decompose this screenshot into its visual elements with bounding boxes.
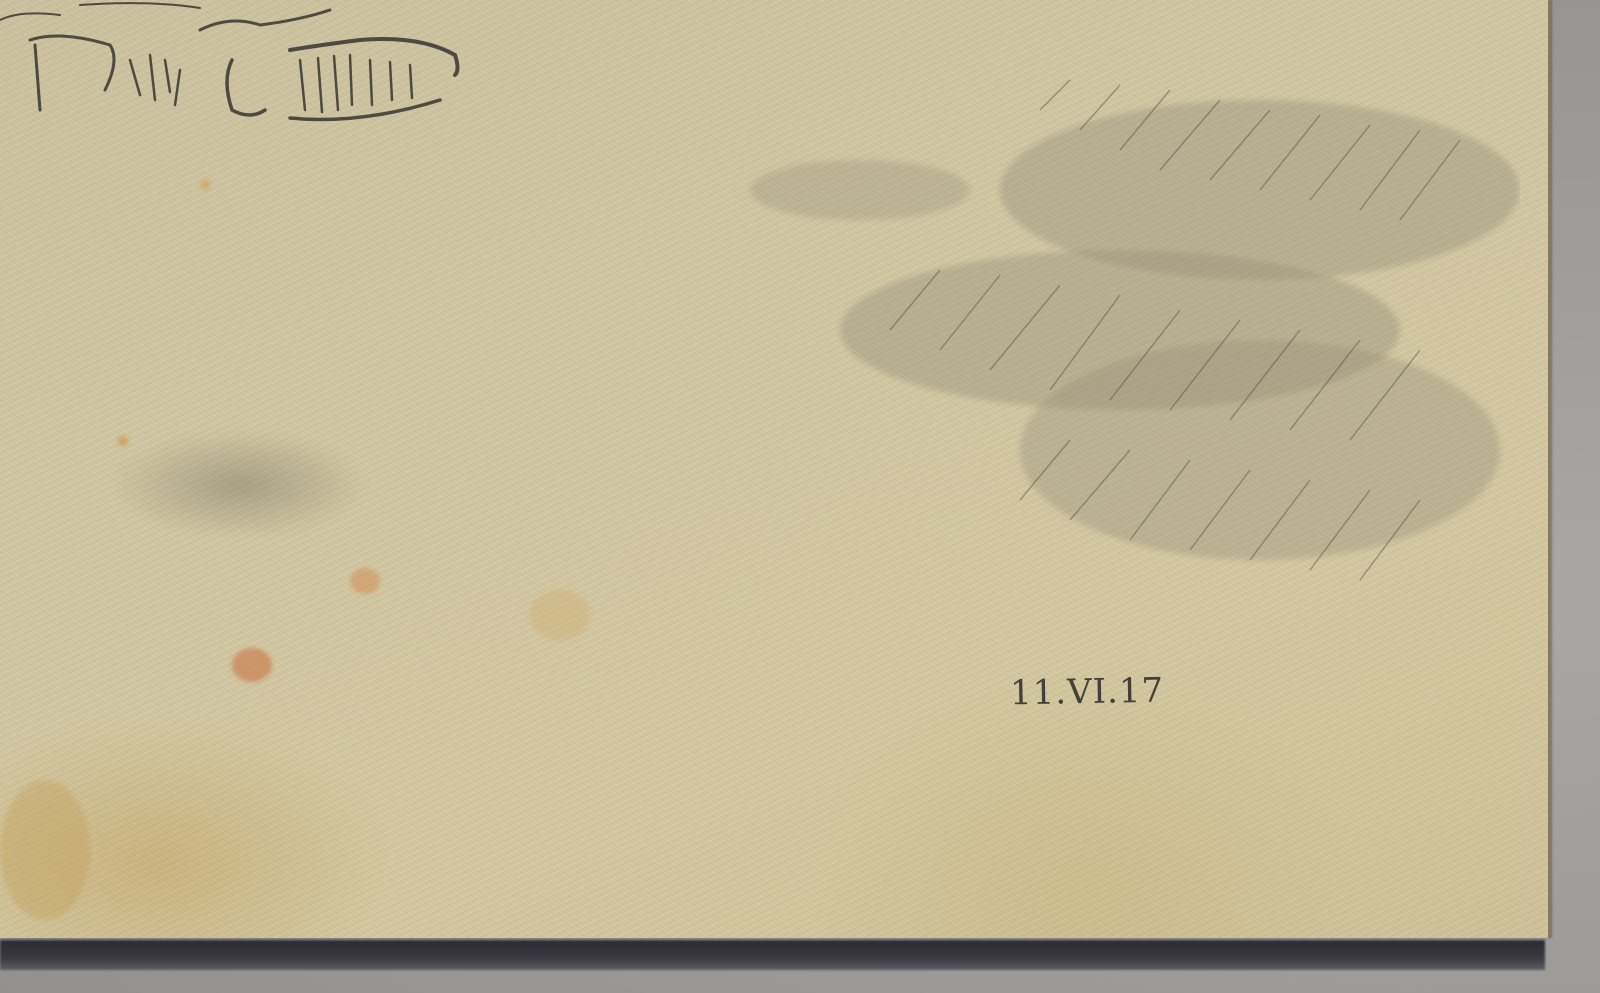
foxing-spot bbox=[232, 648, 272, 682]
foxing-spot bbox=[200, 180, 210, 190]
rock-sketch bbox=[0, 0, 480, 140]
foxing-spot bbox=[118, 436, 128, 446]
foxing-spot bbox=[350, 568, 380, 594]
foxing-spot bbox=[0, 780, 90, 920]
smudge bbox=[110, 430, 370, 540]
paper-shadow bbox=[0, 940, 1545, 970]
pencil-hatching bbox=[740, 70, 1520, 610]
foxing-spot bbox=[530, 590, 590, 640]
drawing-paper: 11.VI.17 bbox=[0, 0, 1550, 938]
date-inscription: 11.VI.17 bbox=[1010, 671, 1165, 714]
